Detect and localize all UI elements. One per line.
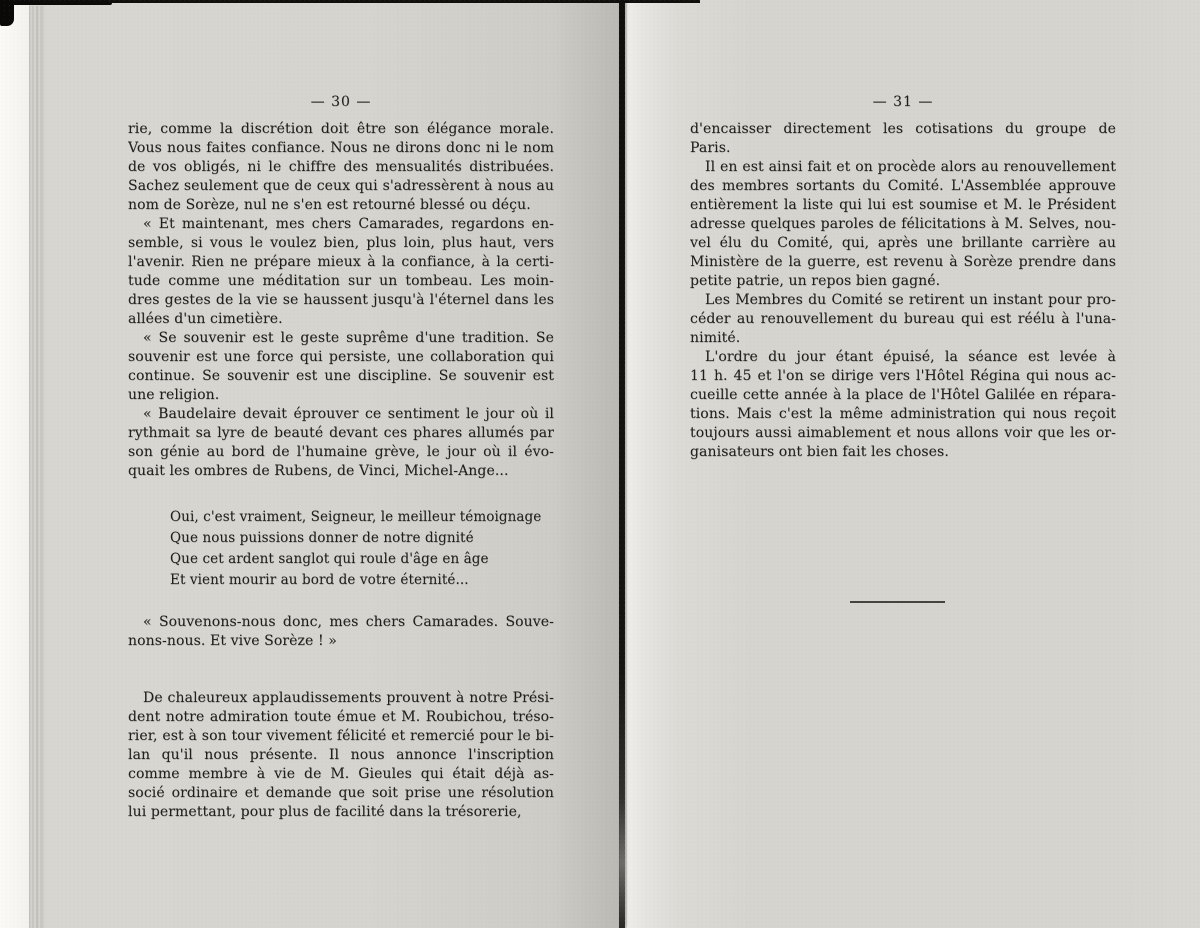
paragraph: « Baudelaire devait éprouver ce sentimen…: [128, 405, 554, 481]
text-line: Sachez seulement que de ceux qui s'adres…: [128, 177, 554, 196]
text-line: « Souvenons-nous donc, mes chers Camarad…: [128, 613, 554, 632]
verse-block: Oui, c'est vraiment, Seigneur, le meille…: [128, 507, 554, 591]
text-line: socié ordinaire et demande que soit pris…: [128, 784, 554, 803]
page-number-left: — 30 —: [128, 93, 554, 111]
section-divider-rule: [850, 601, 945, 603]
book-scan: — 30 — rie, comme la discrétion doit êtr…: [0, 0, 1200, 928]
text-line: adresse quelques paroles de félicitation…: [690, 215, 1116, 234]
text-line: entièrement la liste qui lui est soumise…: [690, 196, 1116, 215]
text-line: tions. Mais c'est la même administration…: [690, 405, 1116, 424]
scanner-edge-strip: [0, 0, 29, 928]
text-line: nom de Sorèze, nul ne s'en est retourné …: [128, 196, 554, 215]
text-line: Les Membres du Comité se retirent un ins…: [690, 291, 1116, 310]
paragraph: Il en est ainsi fait et on procède alors…: [690, 158, 1116, 291]
page-right: — 31 — d'encaisser directement les cotis…: [690, 93, 1116, 462]
text-line: nons-nous. Et vive Sorèze ! »: [128, 632, 554, 651]
text-line: des membres sortants du Comité. L'Assemb…: [690, 177, 1116, 196]
text-line: céder au renouvellement du bureau qui es…: [690, 310, 1116, 329]
paragraph: d'encaisser directement les cotisations …: [690, 120, 1116, 158]
text-line: « Et maintenant, mes chers Camarades, re…: [128, 215, 554, 234]
paragraph: De chaleureux applaudissements prouvent …: [128, 689, 554, 822]
page-left-text: rie, comme la discrétion doit être son é…: [128, 120, 554, 822]
text-line: de vos obligés, ni le chiffre des mensua…: [128, 158, 554, 177]
text-line: Que cet ardent sanglot qui roule d'âge e…: [128, 549, 554, 570]
text-line: nimité.: [690, 329, 1116, 348]
text-line: petite patrie, un repos bien gagné.: [690, 272, 1116, 291]
page-number-right: — 31 —: [690, 93, 1116, 111]
text-line: ganisateurs ont bien fait les choses.: [690, 443, 1116, 462]
text-line: d'encaisser directement les cotisations …: [690, 120, 1116, 139]
text-line: une religion.: [128, 386, 554, 405]
text-line: Oui, c'est vraiment, Seigneur, le meille…: [128, 507, 554, 528]
text-line: comme membre à vie de M. Gieules qui éta…: [128, 765, 554, 784]
text-line: son génie au bord de l'humaine grève, le…: [128, 443, 554, 462]
text-line: tude comme une méditation sur un tombeau…: [128, 272, 554, 291]
book-gutter-fold-line: [619, 0, 625, 928]
text-line: allées d'un cimetière.: [128, 310, 554, 329]
paragraph: « Se souvenir est le geste suprême d'une…: [128, 329, 554, 405]
text-line: Ministère de la guerre, est revenu à Sor…: [690, 253, 1116, 272]
text-line: Paris.: [690, 139, 1116, 158]
scan-artifact-top-edge-thick: [10, 0, 112, 5]
text-line: rie, comme la discrétion doit être son é…: [128, 120, 554, 139]
paragraph: « Souvenons-nous donc, mes chers Camarad…: [128, 613, 554, 651]
paragraph: « Et maintenant, mes chers Camarades, re…: [128, 215, 554, 329]
text-line: Il en est ainsi fait et on procède alors…: [690, 158, 1116, 177]
text-line: rythmait sa lyre de beauté devant ces ph…: [128, 424, 554, 443]
text-line: dres gestes de la vie se haussent jusqu'…: [128, 291, 554, 310]
page-left: — 30 — rie, comme la discrétion doit êtr…: [128, 93, 554, 822]
text-line: continue. Se souvenir est une discipline…: [128, 367, 554, 386]
text-line: vel élu du Comité, qui, après une brilla…: [690, 234, 1116, 253]
text-line: quait les ombres de Rubens, de Vinci, Mi…: [128, 462, 554, 481]
text-line: dent notre admiration toute émue et M. R…: [128, 708, 554, 727]
paragraph: Les Membres du Comité se retirent un ins…: [690, 291, 1116, 348]
stacked-page-edges: [29, 6, 45, 928]
paragraph: rie, comme la discrétion doit être son é…: [128, 120, 554, 215]
text-line: Que nous puissions donner de notre digni…: [128, 528, 554, 549]
text-line: cueille cette année à la place de l'Hôte…: [690, 386, 1116, 405]
paragraph: L'ordre du jour étant épuisé, la séance …: [690, 348, 1116, 462]
text-line: lui permettant, pour plus de facilité da…: [128, 803, 554, 822]
text-line: Vous nous faites confiance. Nous ne diro…: [128, 139, 554, 158]
text-line: 11 h. 45 et l'on se dirige vers l'Hôtel …: [690, 367, 1116, 386]
text-line: lan qu'il nous présente. Il nous annonce…: [128, 746, 554, 765]
text-line: L'ordre du jour étant épuisé, la séance …: [690, 348, 1116, 367]
scan-artifact-top-edge-line: [108, 0, 700, 3]
text-line: De chaleureux applaudissements prouvent …: [128, 689, 554, 708]
text-line: toujours aussi aimablement et nous allon…: [690, 424, 1116, 443]
page-right-text: d'encaisser directement les cotisations …: [690, 120, 1116, 462]
text-line: Et vient mourir au bord de votre éternit…: [128, 570, 554, 591]
text-line: rier, est à son tour vivement félicité e…: [128, 727, 554, 746]
text-line: souvenir est une force qui persiste, une…: [128, 348, 554, 367]
text-line: semble, si vous le voulez bien, plus loi…: [128, 234, 554, 253]
text-line: « Se souvenir est le geste suprême d'une…: [128, 329, 554, 348]
text-line: « Baudelaire devait éprouver ce sentimen…: [128, 405, 554, 424]
text-line: l'avenir. Rien ne prépare mieux à la con…: [128, 253, 554, 272]
